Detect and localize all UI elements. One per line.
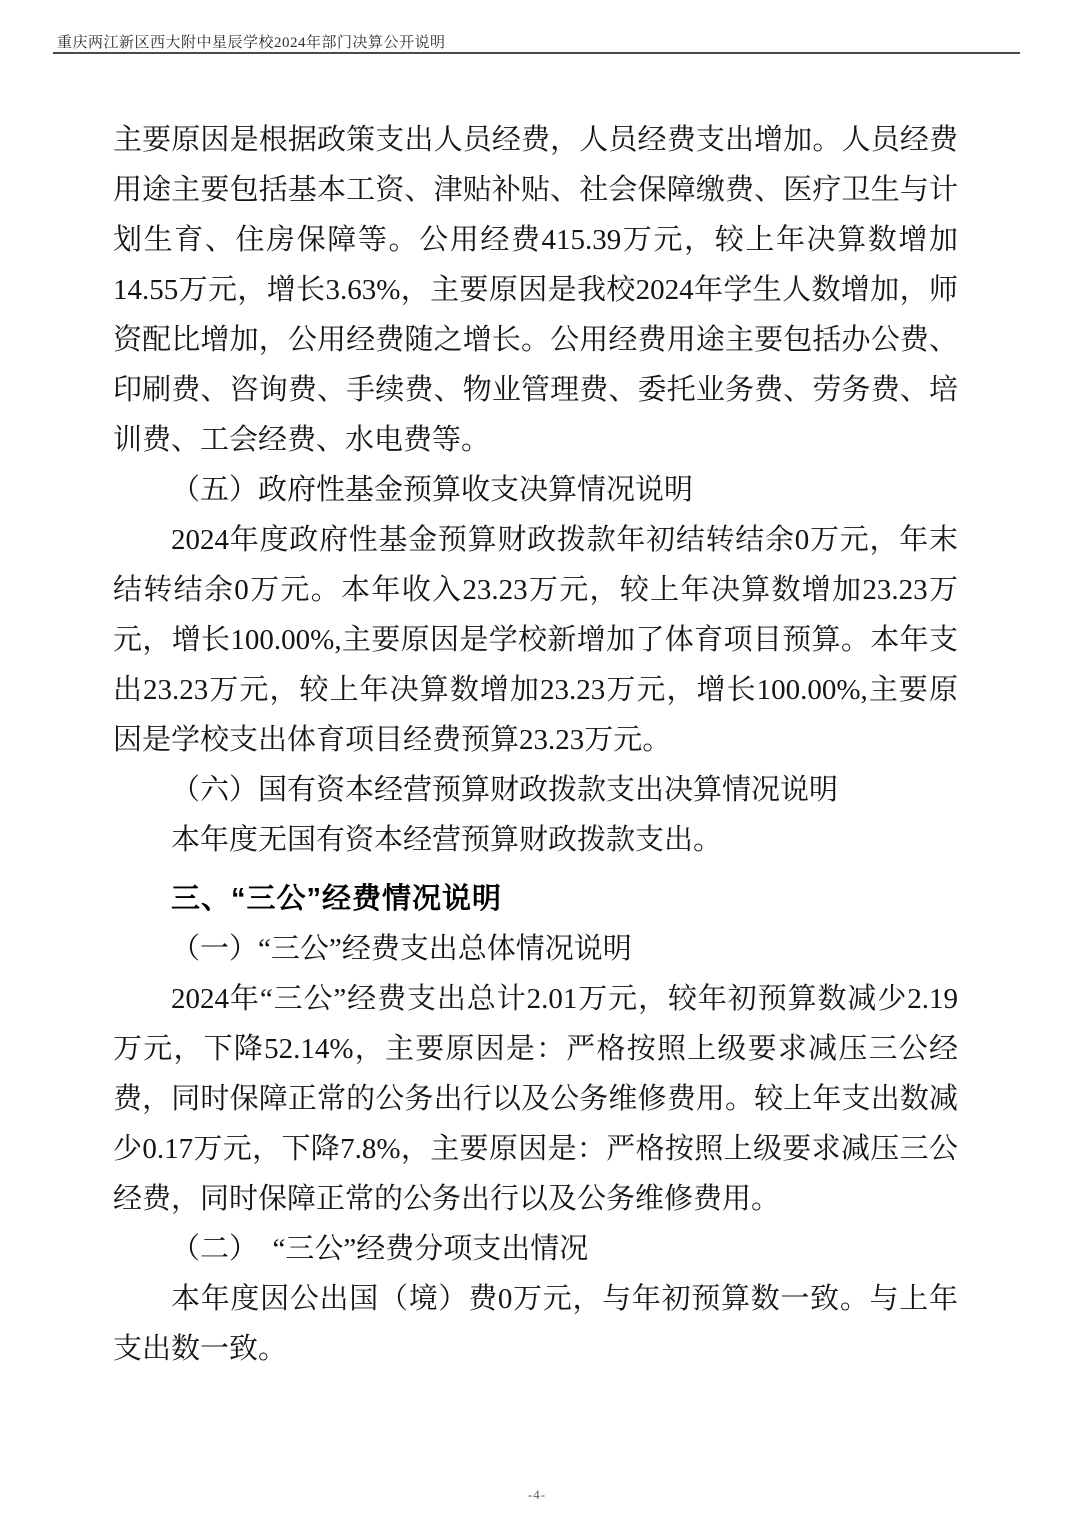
header-title: 重庆两江新区西大附中星辰学校2024年部门决算公开说明 [57, 35, 446, 51]
paragraph: 2024年度政府性基金预算财政拨款年初结转结余0万元，年末结转结余0万元。本年收… [113, 515, 958, 765]
paragraph: 主要原因是根据政策支出人员经费，人员经费支出增加。人员经费用途主要包括基本工资、… [113, 115, 958, 465]
page-number: -4- [528, 1487, 546, 1502]
paragraph: 本年度因公出国（境）费0万元，与年初预算数一致。与上年支出数一致。 [113, 1274, 958, 1374]
section-heading: （五）政府性基金预算收支决算情况说明 [113, 465, 958, 515]
document-page: 重庆两江新区西大附中星辰学校2024年部门决算公开说明 主要原因是根据政策支出人… [0, 0, 1074, 1520]
page-header: 重庆两江新区西大附中星辰学校2024年部门决算公开说明 [57, 31, 446, 52]
page-footer: -4- [0, 1487, 1074, 1503]
paragraph: 2024年“三公”经费支出总计2.01万元，较年初预算数减少2.19万元，下降5… [113, 974, 958, 1224]
section-heading: （一）“三公”经费支出总体情况说明 [113, 924, 958, 974]
header-rule [53, 52, 1020, 54]
section-heading: （六）国有资本经营预算财政拨款支出决算情况说明 [113, 765, 958, 815]
section-heading: （二） “三公”经费分项支出情况 [113, 1224, 958, 1274]
chapter-heading: 三、“三公”经费情况说明 [113, 874, 958, 924]
document-body: 主要原因是根据政策支出人员经费，人员经费支出增加。人员经费用途主要包括基本工资、… [113, 115, 958, 1374]
paragraph: 本年度无国有资本经营预算财政拨款支出。 [113, 815, 958, 865]
